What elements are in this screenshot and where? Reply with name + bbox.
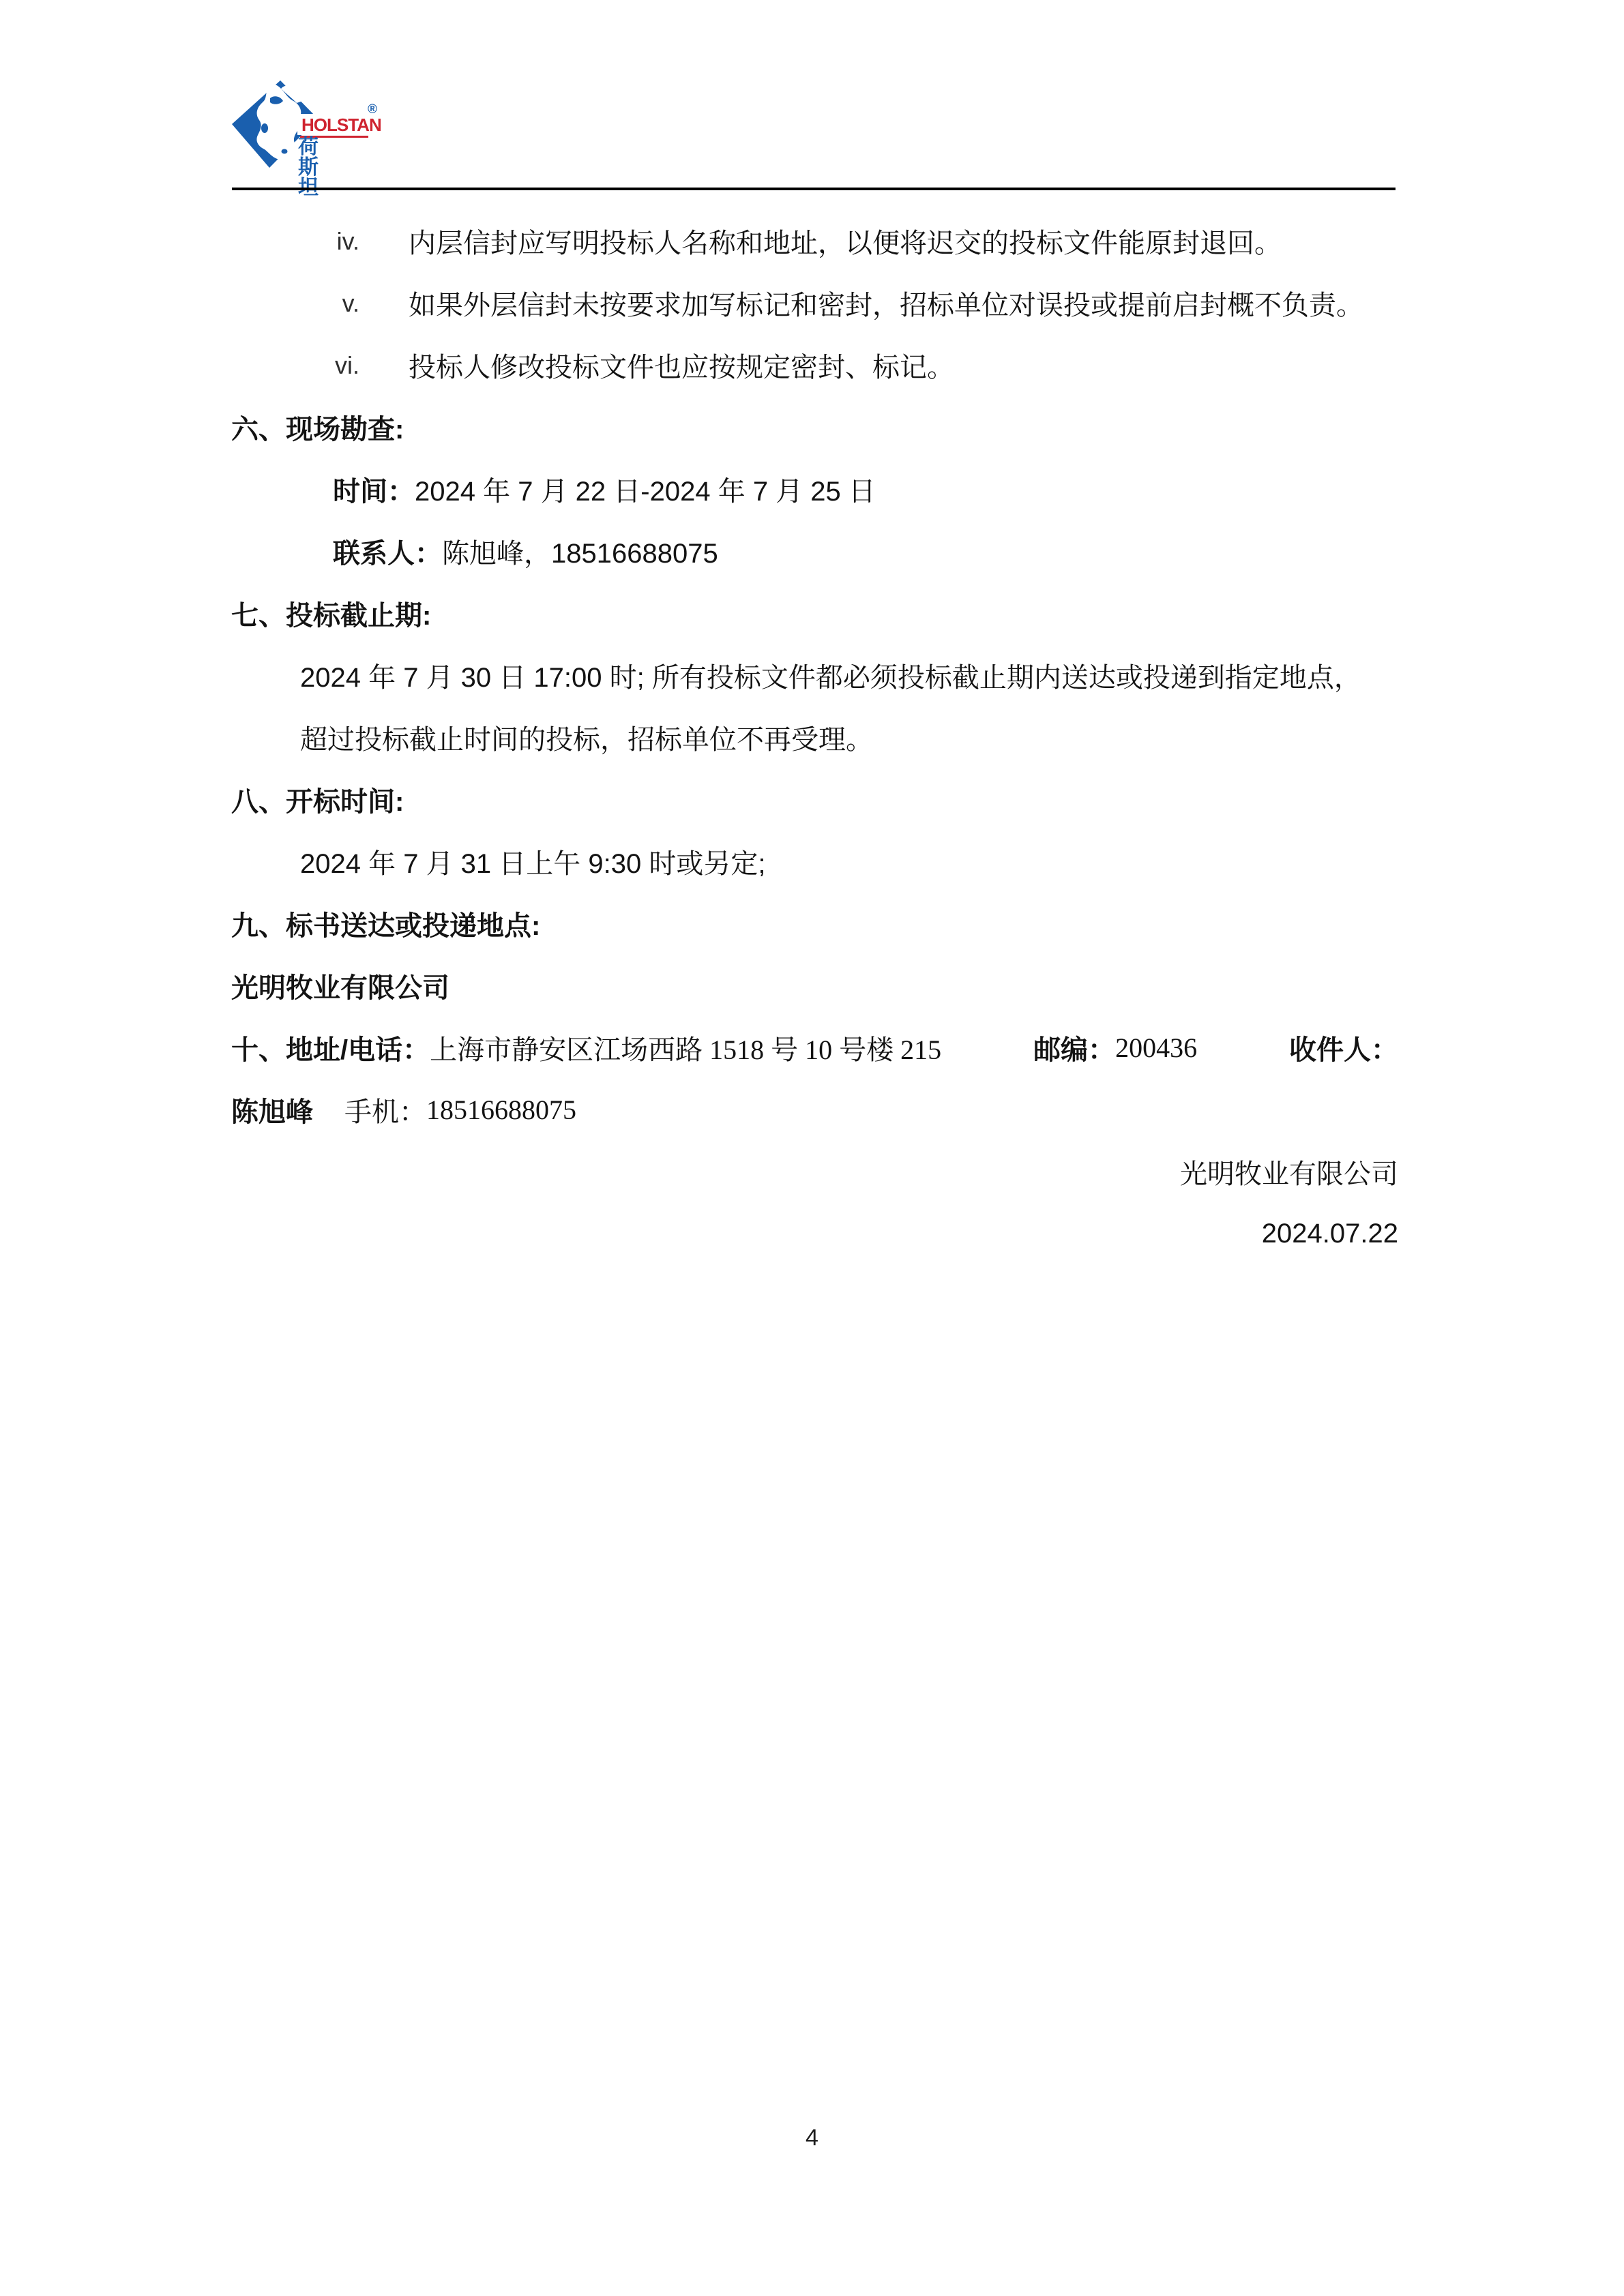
contact-value: 陈旭峰，18516688075 [442, 532, 718, 571]
list-item-v: v. 如果外层信封未按要求加写标记和密封，招标单位对误投或提前启封概不负责。 [231, 272, 1398, 334]
section-7-title: 七、投标截止期: [231, 582, 1398, 644]
postcode-label: 邮编： [1033, 1028, 1115, 1067]
section-7-line-2: 超过投标截止时间的投标，招标单位不再受理。 [231, 706, 1398, 769]
time-value: 2024 年 7 月 22 日-2024 年 7 月 25 日 [415, 470, 876, 509]
section-9-title: 九、标书送达或投递地点: [231, 893, 1398, 955]
signature-company: 光明牧业有限公司 [231, 1141, 1398, 1203]
section-9-company: 光明牧业有限公司 [231, 955, 1398, 1017]
mobile-label: 手机： [344, 1090, 426, 1129]
list-item-vi: vi. 投标人修改投标文件也应按规定密封、标记。 [231, 334, 1398, 396]
list-item-text: 如果外层信封未按要求加写标记和密封，招标单位对误投或提前启封概不负责。 [409, 284, 1363, 323]
postcode-value: 200436 [1115, 1032, 1197, 1064]
recipient-label: 收件人： [1289, 1028, 1398, 1067]
section-6-title: 六、现场勘查: [231, 396, 1398, 458]
mobile-value: 18516688075 [426, 1094, 576, 1126]
signature-date: 2024.07.22 [231, 1203, 1398, 1265]
list-item-number: vi. [231, 351, 359, 380]
section-7-line-1: 2024 年 7 月 30 日 17:00 时; 所有投标文件都必须投标截止期内… [231, 644, 1398, 706]
address-value: 上海市静安区江场西路 1518 号 10 号楼 215 [430, 1028, 941, 1067]
section-10-address-line: 十、地址/电话： 上海市静安区江场西路 1518 号 10 号楼 215 邮编：… [231, 1017, 1398, 1079]
list-item-text: 内层信封应写明投标人名称和地址，以便将迟交的投标文件能原封退回。 [409, 222, 1282, 260]
list-item-number: iv. [231, 227, 359, 256]
recipient-name: 陈旭峰 [231, 1090, 313, 1129]
list-item-iv: iv. 内层信封应写明投标人名称和地址，以便将迟交的投标文件能原封退回。 [231, 210, 1398, 272]
postcode-group: 邮编： 200436 [1033, 1028, 1197, 1067]
section-10-recipient-line: 陈旭峰 手机： 18516688075 [231, 1079, 1398, 1141]
list-item-number: v. [231, 289, 359, 318]
list-item-text: 投标人修改投标文件也应按规定密封、标记。 [409, 346, 954, 385]
section-10-title-label: 十、地址/电话： [231, 1028, 430, 1067]
contact-label: 联系人： [333, 532, 442, 571]
registered-mark-icon: ® [368, 103, 377, 116]
address-group: 十、地址/电话： 上海市静安区江场西路 1518 号 10 号楼 215 [231, 1028, 941, 1067]
header-divider [232, 188, 1396, 190]
section-8-title: 八、开标时间: [231, 769, 1398, 831]
section-6-contact-line: 联系人： 陈旭峰，18516688075 [231, 520, 1398, 582]
section-6-time-line: 时间： 2024 年 7 月 22 日-2024 年 7 月 25 日 [231, 458, 1398, 520]
page-number: 4 [0, 2125, 1624, 2151]
time-label: 时间： [333, 470, 415, 509]
section-8-line-1: 2024 年 7 月 31 日上午 9:30 时或另定; [231, 831, 1398, 893]
brand-text: HOLSTAN [297, 114, 383, 135]
document-body: iv. 内层信封应写明投标人名称和地址，以便将迟交的投标文件能原封退回。 v. … [231, 210, 1398, 1265]
